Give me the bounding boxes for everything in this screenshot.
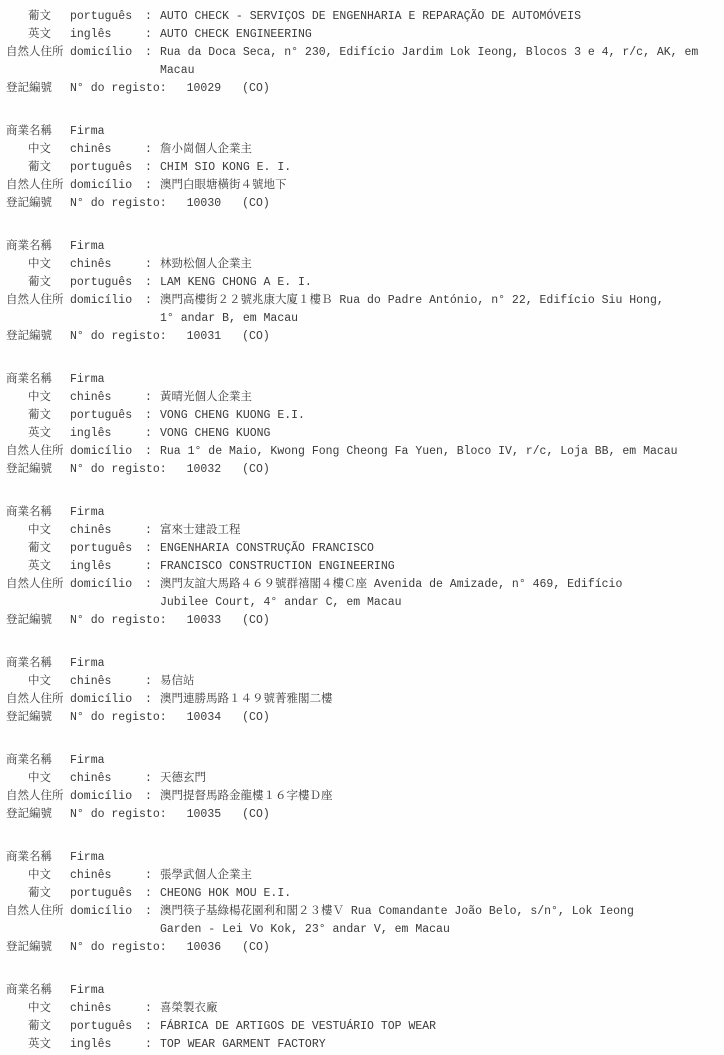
field-label-chinese: 英文 (6, 1036, 70, 1054)
record-field-row: 商業名稱 Firma (6, 982, 718, 1000)
field-value-line: VONG CHENG KUONG (160, 425, 718, 443)
business-record: 商業名稱 Firma 中文 chinês : 喜榮製衣廠 葡文 portuguê… (6, 982, 718, 1054)
record-field-row: 中文 chinês : 喜榮製衣廠 (6, 1000, 718, 1018)
field-value-line: CHIM SIO KONG E. I. (160, 159, 718, 177)
field-label-portuguese: N° do registo: (70, 195, 167, 213)
field-separator: : (145, 1018, 160, 1036)
field-label-chinese: 葡文 (6, 885, 70, 903)
business-record: 商業名稱 Firma 中文 chinês : 詹小崗個人企業主 葡文 portu… (6, 123, 718, 213)
field-value: 詹小崗個人企業主 (160, 141, 718, 159)
field-label-portuguese: português (70, 540, 145, 558)
field-value-line: 黃晴光個人企業主 (160, 389, 718, 407)
registration-type-code: (CO) (242, 80, 270, 98)
field-label-portuguese: português (70, 274, 145, 292)
field-value-line: 易信站 (160, 673, 718, 691)
record-field-row: 葡文 português : AUTO CHECK - SERVIÇOS DE … (6, 8, 718, 26)
field-label-chinese: 自然人住所 (6, 292, 70, 310)
field-separator: : (145, 274, 160, 292)
field-label-chinese: 登記編號 (6, 80, 70, 98)
field-label-portuguese: chinês (70, 256, 145, 274)
record-field-row: 中文 chinês : 張學武個人企業主 (6, 867, 718, 885)
field-value-line: 澳門筷子基綠楊花園利和閣２３樓Ｖ Rua Comandante João Bel… (160, 903, 718, 921)
field-label-chinese: 葡文 (6, 8, 70, 26)
field-label-portuguese: Firma (70, 655, 145, 673)
registration-type-code: (CO) (242, 939, 270, 957)
field-label-portuguese: chinês (70, 141, 145, 159)
record-field-row: 英文 inglês : VONG CHENG KUONG (6, 425, 718, 443)
field-label-chinese: 商業名稱 (6, 238, 70, 256)
field-value-line: LAM KENG CHONG A E. I. (160, 274, 718, 292)
field-label-chinese: 英文 (6, 558, 70, 576)
registration-number-row: 登記編號 N° do registo: 10029 (CO) (6, 80, 718, 98)
field-label-chinese: 商業名稱 (6, 849, 70, 867)
field-value-line: 澳門高樓街２２號兆康大廈１樓Ｂ Rua do Padre António, n°… (160, 292, 718, 310)
field-label-portuguese: Firma (70, 849, 145, 867)
field-separator: : (145, 576, 160, 594)
field-value-line: Garden - Lei Vo Kok, 23° andar V, em Mac… (160, 921, 718, 939)
field-label-chinese: 中文 (6, 256, 70, 274)
field-label-chinese: 中文 (6, 389, 70, 407)
registration-number: 10030 (187, 195, 222, 213)
field-separator: : (145, 558, 160, 576)
field-label-portuguese: chinês (70, 522, 145, 540)
registration-type-code: (CO) (242, 709, 270, 727)
record-field-row: 葡文 português : CHIM SIO KONG E. I. (6, 159, 718, 177)
field-label-chinese: 自然人住所 (6, 44, 70, 62)
field-label-chinese: 登記編號 (6, 939, 70, 957)
field-separator: : (145, 159, 160, 177)
registration-number: 10033 (187, 612, 222, 630)
registration-type-code: (CO) (242, 461, 270, 479)
registration-number-row: 登記編號 N° do registo: 10034 (CO) (6, 709, 718, 727)
record-field-row: 自然人住所 domicílio : 澳門白眼塘橫街４號地下 (6, 177, 718, 195)
field-label-portuguese: Firma (70, 123, 145, 141)
field-separator: : (145, 540, 160, 558)
record-field-row: 自然人住所 domicílio : 澳門提督馬路金龍樓１６字樓Ｄ座 (6, 788, 718, 806)
record-field-row: 自然人住所 domicílio : 澳門筷子基綠楊花園利和閣２３樓Ｖ Rua C… (6, 903, 718, 939)
field-value-line: 1° andar B, em Macau (160, 310, 718, 328)
field-label-portuguese: Firma (70, 238, 145, 256)
field-value-line: ENGENHARIA CONSTRUÇÃO FRANCISCO (160, 540, 718, 558)
field-value: 澳門高樓街２２號兆康大廈１樓Ｂ Rua do Padre António, n°… (160, 292, 718, 328)
field-value-line: AUTO CHECK - SERVIÇOS DE ENGENHARIA E RE… (160, 8, 718, 26)
field-value: AUTO CHECK - SERVIÇOS DE ENGENHARIA E RE… (160, 8, 718, 26)
record-field-row: 商業名稱 Firma (6, 238, 718, 256)
field-value-line: FÁBRICA DE ARTIGOS DE VESTUÁRIO TOP WEAR (160, 1018, 718, 1036)
field-label-chinese: 登記編號 (6, 195, 70, 213)
record-field-row: 中文 chinês : 天德玄門 (6, 770, 718, 788)
field-label-portuguese: chinês (70, 389, 145, 407)
field-value-line: Jubilee Court, 4° andar C, em Macau (160, 594, 718, 612)
field-label-chinese: 商業名稱 (6, 371, 70, 389)
field-label-portuguese: inglês (70, 558, 145, 576)
field-value-line: AUTO CHECK ENGINEERING (160, 26, 718, 44)
field-separator: : (145, 885, 160, 903)
field-label-chinese: 登記編號 (6, 328, 70, 346)
field-label-portuguese: N° do registo: (70, 806, 167, 824)
field-separator: : (145, 691, 160, 709)
field-label-chinese: 葡文 (6, 540, 70, 558)
record-field-row: 自然人住所 domicílio : 澳門高樓街２２號兆康大廈１樓Ｂ Rua do… (6, 292, 718, 328)
registration-type-code: (CO) (242, 612, 270, 630)
field-label-portuguese: Firma (70, 371, 145, 389)
field-value: LAM KENG CHONG A E. I. (160, 274, 718, 292)
record-field-row: 葡文 português : LAM KENG CHONG A E. I. (6, 274, 718, 292)
field-value: VONG CHENG KUONG E.I. (160, 407, 718, 425)
field-label-portuguese: português (70, 1018, 145, 1036)
field-value: 喜榮製衣廠 (160, 1000, 718, 1018)
field-label-chinese: 商業名稱 (6, 752, 70, 770)
field-label-portuguese: chinês (70, 673, 145, 691)
field-separator: : (145, 867, 160, 885)
registration-type-code: (CO) (242, 195, 270, 213)
field-value: 黃晴光個人企業主 (160, 389, 718, 407)
field-separator: : (145, 425, 160, 443)
field-value: 林勁松個人企業主 (160, 256, 718, 274)
field-value: FRANCISCO CONSTRUCTION ENGINEERING (160, 558, 718, 576)
field-value-line: CHEONG HOK MOU E.I. (160, 885, 718, 903)
record-field-row: 葡文 português : CHEONG HOK MOU E.I. (6, 885, 718, 903)
field-value-line: 詹小崗個人企業主 (160, 141, 718, 159)
field-value-line: 富來士建設工程 (160, 522, 718, 540)
field-label-portuguese: N° do registo: (70, 80, 167, 98)
registration-type-code: (CO) (242, 806, 270, 824)
record-field-row: 中文 chinês : 易信站 (6, 673, 718, 691)
field-value: 天德玄門 (160, 770, 718, 788)
field-label-portuguese: domicílio (70, 44, 145, 62)
field-label-chinese: 商業名稱 (6, 655, 70, 673)
field-label-portuguese: português (70, 885, 145, 903)
field-value-line: 喜榮製衣廠 (160, 1000, 718, 1018)
field-label-portuguese: domicílio (70, 691, 145, 709)
field-label-portuguese: domicílio (70, 903, 145, 921)
registration-type-code: (CO) (242, 328, 270, 346)
field-label-chinese: 葡文 (6, 274, 70, 292)
field-value: Rua 1° de Maio, Kwong Fong Cheong Fa Yue… (160, 443, 718, 461)
field-separator: : (145, 1036, 160, 1054)
field-separator: : (145, 407, 160, 425)
field-label-portuguese: Firma (70, 752, 145, 770)
field-label-chinese: 中文 (6, 522, 70, 540)
field-label-portuguese: domicílio (70, 443, 145, 461)
field-value: 澳門連勝馬路１４９號菁雅閣二樓 (160, 691, 718, 709)
field-value-line: Macau (160, 62, 718, 80)
record-field-row: 英文 inglês : AUTO CHECK ENGINEERING (6, 26, 718, 44)
field-label-portuguese: N° do registo: (70, 939, 167, 957)
record-field-row: 中文 chinês : 富來士建設工程 (6, 522, 718, 540)
record-field-row: 自然人住所 domicílio : Rua 1° de Maio, Kwong … (6, 443, 718, 461)
record-field-row: 商業名稱 Firma (6, 849, 718, 867)
field-label-chinese: 商業名稱 (6, 123, 70, 141)
field-separator: : (145, 673, 160, 691)
registration-number-row: 登記編號 N° do registo: 10030 (CO) (6, 195, 718, 213)
field-label-chinese: 中文 (6, 1000, 70, 1018)
field-label-chinese: 登記編號 (6, 709, 70, 727)
record-field-row: 葡文 português : FÁBRICA DE ARTIGOS DE VES… (6, 1018, 718, 1036)
field-value: 澳門提督馬路金龍樓１６字樓Ｄ座 (160, 788, 718, 806)
field-value: Rua da Doca Seca, n° 230, Edifício Jardi… (160, 44, 718, 80)
field-value-line: 澳門提督馬路金龍樓１６字樓Ｄ座 (160, 788, 718, 806)
business-record: 葡文 português : AUTO CHECK - SERVIÇOS DE … (6, 8, 718, 98)
scanned-registry-page: { "document": { "records": [ { "registra… (0, 0, 724, 1055)
field-value-line: 澳門連勝馬路１４９號菁雅閣二樓 (160, 691, 718, 709)
field-value: TOP WEAR GARMENT FACTORY (160, 1036, 718, 1054)
field-label-portuguese: Firma (70, 982, 145, 1000)
field-separator: : (145, 292, 160, 310)
field-label-chinese: 英文 (6, 26, 70, 44)
business-record: 商業名稱 Firma 中文 chinês : 林勁松個人企業主 葡文 portu… (6, 238, 718, 346)
field-separator: : (145, 903, 160, 921)
field-value-line: FRANCISCO CONSTRUCTION ENGINEERING (160, 558, 718, 576)
field-label-chinese: 中文 (6, 141, 70, 159)
record-field-row: 商業名稱 Firma (6, 123, 718, 141)
field-label-portuguese: português (70, 8, 145, 26)
field-label-portuguese: N° do registo: (70, 612, 167, 630)
business-record: 商業名稱 Firma 中文 chinês : 黃晴光個人企業主 葡文 portu… (6, 371, 718, 479)
business-record: 商業名稱 Firma 中文 chinês : 天德玄門 自然人住所 domicí… (6, 752, 718, 824)
business-record: 商業名稱 Firma 中文 chinês : 富來士建設工程 葡文 portug… (6, 504, 718, 630)
field-label-portuguese: inglês (70, 425, 145, 443)
field-label-chinese: 中文 (6, 673, 70, 691)
record-field-row: 中文 chinês : 黃晴光個人企業主 (6, 389, 718, 407)
field-value-line: 張學武個人企業主 (160, 867, 718, 885)
field-label-chinese: 商業名稱 (6, 982, 70, 1000)
field-label-portuguese: N° do registo: (70, 328, 167, 346)
field-value-line: Rua da Doca Seca, n° 230, Edifício Jardi… (160, 44, 718, 62)
registration-number: 10036 (187, 939, 222, 957)
field-value: 澳門白眼塘橫街４號地下 (160, 177, 718, 195)
field-separator: : (145, 788, 160, 806)
field-value: 澳門友誼大馬路４６９號群禧閣４樓Ｃ座 Avenida de Amizade, n… (160, 576, 718, 612)
record-field-row: 自然人住所 domicílio : 澳門連勝馬路１４９號菁雅閣二樓 (6, 691, 718, 709)
field-separator: : (145, 44, 160, 62)
registration-number-row: 登記編號 N° do registo: 10033 (CO) (6, 612, 718, 630)
field-label-chinese: 葡文 (6, 407, 70, 425)
field-label-chinese: 登記編號 (6, 806, 70, 824)
field-label-chinese: 自然人住所 (6, 576, 70, 594)
field-separator: : (145, 1000, 160, 1018)
field-separator: : (145, 256, 160, 274)
record-field-row: 葡文 português : ENGENHARIA CONSTRUÇÃO FRA… (6, 540, 718, 558)
field-label-chinese: 自然人住所 (6, 691, 70, 709)
registration-number: 10029 (187, 80, 222, 98)
registration-number-row: 登記編號 N° do registo: 10035 (CO) (6, 806, 718, 824)
field-separator: : (145, 522, 160, 540)
field-separator: : (145, 443, 160, 461)
field-value-line: 林勁松個人企業主 (160, 256, 718, 274)
record-field-row: 中文 chinês : 林勁松個人企業主 (6, 256, 718, 274)
field-label-chinese: 中文 (6, 867, 70, 885)
record-field-row: 商業名稱 Firma (6, 371, 718, 389)
field-label-portuguese: domicílio (70, 292, 145, 310)
field-value-line: 澳門友誼大馬路４６９號群禧閣４樓Ｃ座 Avenida de Amizade, n… (160, 576, 718, 594)
field-value-line: VONG CHENG KUONG E.I. (160, 407, 718, 425)
field-value: ENGENHARIA CONSTRUÇÃO FRANCISCO (160, 540, 718, 558)
field-value: AUTO CHECK ENGINEERING (160, 26, 718, 44)
field-label-chinese: 登記編號 (6, 461, 70, 479)
field-label-chinese: 英文 (6, 425, 70, 443)
field-label-portuguese: domicílio (70, 177, 145, 195)
record-field-row: 葡文 português : VONG CHENG KUONG E.I. (6, 407, 718, 425)
business-record: 商業名稱 Firma 中文 chinês : 易信站 自然人住所 domicíl… (6, 655, 718, 727)
field-label-portuguese: Firma (70, 504, 145, 522)
field-label-chinese: 葡文 (6, 1018, 70, 1036)
record-field-row: 英文 inglês : FRANCISCO CONSTRUCTION ENGIN… (6, 558, 718, 576)
field-separator: : (145, 141, 160, 159)
field-value: FÁBRICA DE ARTIGOS DE VESTUÁRIO TOP WEAR (160, 1018, 718, 1036)
record-field-row: 商業名稱 Firma (6, 752, 718, 770)
field-separator: : (145, 389, 160, 407)
field-label-portuguese: inglês (70, 1036, 145, 1054)
registration-number-row: 登記編號 N° do registo: 10036 (CO) (6, 939, 718, 957)
field-label-chinese: 自然人住所 (6, 177, 70, 195)
field-value: 澳門筷子基綠楊花園利和閣２３樓Ｖ Rua Comandante João Bel… (160, 903, 718, 939)
record-field-row: 英文 inglês : TOP WEAR GARMENT FACTORY (6, 1036, 718, 1054)
record-field-row: 商業名稱 Firma (6, 655, 718, 673)
field-separator: : (145, 8, 160, 26)
registration-number: 10032 (187, 461, 222, 479)
field-label-chinese: 自然人住所 (6, 788, 70, 806)
registration-number: 10034 (187, 709, 222, 727)
field-label-portuguese: N° do registo: (70, 709, 167, 727)
field-label-chinese: 自然人住所 (6, 443, 70, 461)
field-label-chinese: 登記編號 (6, 612, 70, 630)
registry-document-page: 葡文 português : AUTO CHECK - SERVIÇOS DE … (0, 0, 724, 1055)
field-label-chinese: 葡文 (6, 159, 70, 177)
field-separator: : (145, 26, 160, 44)
field-value-line: Rua 1° de Maio, Kwong Fong Cheong Fa Yue… (160, 443, 718, 461)
field-value-line: TOP WEAR GARMENT FACTORY (160, 1036, 718, 1054)
registration-number-row: 登記編號 N° do registo: 10031 (CO) (6, 328, 718, 346)
registration-number: 10031 (187, 328, 222, 346)
registration-number-row: 登記編號 N° do registo: 10032 (CO) (6, 461, 718, 479)
record-field-row: 自然人住所 domicílio : Rua da Doca Seca, n° 2… (6, 44, 718, 80)
business-record: 商業名稱 Firma 中文 chinês : 張學武個人企業主 葡文 portu… (6, 849, 718, 957)
field-label-portuguese: chinês (70, 770, 145, 788)
field-value: VONG CHENG KUONG (160, 425, 718, 443)
field-value: CHEONG HOK MOU E.I. (160, 885, 718, 903)
field-label-portuguese: domicílio (70, 576, 145, 594)
field-value: 富來士建設工程 (160, 522, 718, 540)
field-value-line: 澳門白眼塘橫街４號地下 (160, 177, 718, 195)
field-label-portuguese: chinês (70, 1000, 145, 1018)
field-label-portuguese: domicílio (70, 788, 145, 806)
field-label-chinese: 中文 (6, 770, 70, 788)
field-label-chinese: 商業名稱 (6, 504, 70, 522)
field-separator: : (145, 770, 160, 788)
registration-number: 10035 (187, 806, 222, 824)
field-label-chinese: 自然人住所 (6, 903, 70, 921)
record-field-row: 自然人住所 domicílio : 澳門友誼大馬路４６９號群禧閣４樓Ｃ座 Ave… (6, 576, 718, 612)
field-label-portuguese: inglês (70, 26, 145, 44)
field-value: 易信站 (160, 673, 718, 691)
field-value: CHIM SIO KONG E. I. (160, 159, 718, 177)
field-label-portuguese: chinês (70, 867, 145, 885)
field-value-line: 天德玄門 (160, 770, 718, 788)
field-label-portuguese: português (70, 407, 145, 425)
field-value: 張學武個人企業主 (160, 867, 718, 885)
field-separator: : (145, 177, 160, 195)
record-field-row: 商業名稱 Firma (6, 504, 718, 522)
field-label-portuguese: N° do registo: (70, 461, 167, 479)
record-field-row: 中文 chinês : 詹小崗個人企業主 (6, 141, 718, 159)
field-label-portuguese: português (70, 159, 145, 177)
